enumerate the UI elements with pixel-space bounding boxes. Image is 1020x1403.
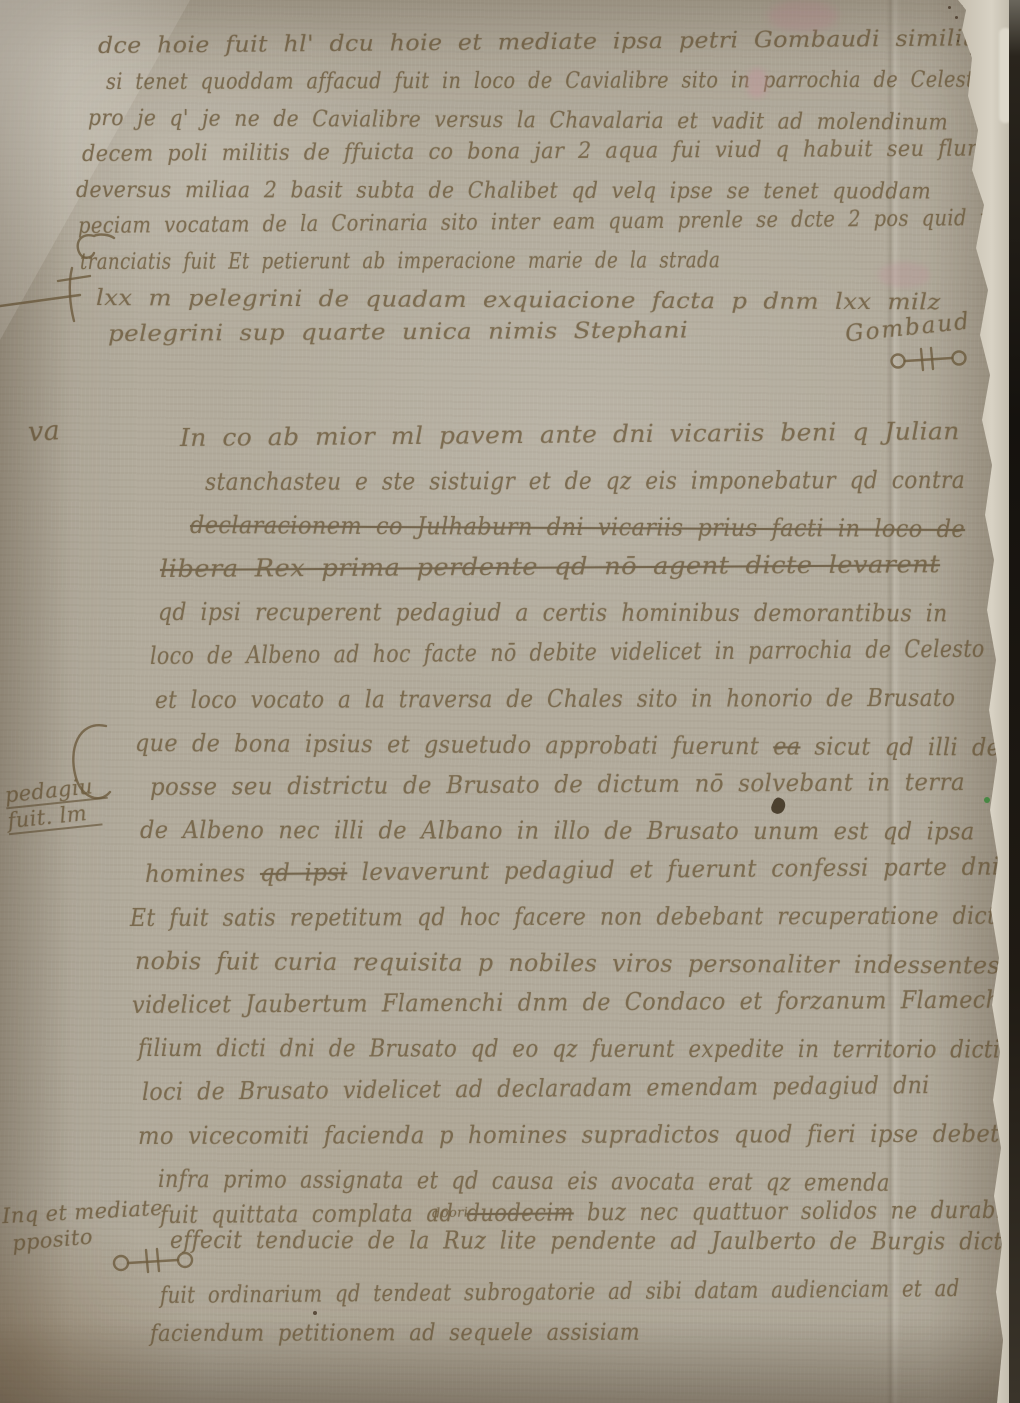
handwritten-text: mo vicecomiti facienda p homines supradi… [138,1119,1000,1149]
paragraph-2-line: videlicet Jaubertum Flamenchi dnm de Con… [132,985,1008,1018]
struck-text: libera Rex prima perdente qd nō agent di… [160,550,940,583]
handwritten-text: decem poli militis de ffuicta co bona ja… [82,136,987,167]
paragraph-2-line: nobis fuit curia requisita p nobiles vir… [135,947,1000,980]
handwritten-text: effecit tenducie de la Ruz lite pendente… [170,1226,1010,1255]
paragraph-2-line: libera Rex prima perdente qd nō agent di… [160,550,940,583]
paragraph-2-line: et loco vocato a la traversa de Chales s… [155,683,955,713]
cross-mark-icon [0,264,112,324]
paragraph-1-line: dce hoie fuit hl' dcu hoie et mediate ip… [98,26,973,59]
paragraph-2-line: loci de Brusato videlicet ad declaradam … [142,1071,930,1106]
ink-blot [769,796,787,816]
paragraph-2-line: de Albeno nec illi de Albano in illo de … [140,816,975,845]
paragraph-1-line: decem poli militis de ffuicta co bona ja… [82,136,987,167]
paragraph-2-line: qd ipsi recuperent pedagiud a certis hom… [158,598,948,627]
manuscript-sheet: dce hoie fuit hl' dcu hoie et mediate ip… [0,0,1020,1403]
handwritten-text: homines [145,859,260,888]
scan-background-edge [1009,0,1020,1403]
fly-speck [955,16,958,19]
paragraph-2-line: posse seu districtu de Brusato de dictum… [150,768,965,801]
paragraph-2-line: effecit tenducie de la Ruz lite pendente… [170,1226,1010,1255]
handwritten-text: fuit ordinarium qd tendeat subrogatorie … [160,1276,960,1309]
handwritten-text: qd ipsi recuperent pedagiud a certis hom… [158,598,948,627]
handwritten-text: posse seu districtu de Brusato de dictum… [150,768,965,801]
paragraph-3-line: faciendum petitionem ad sequele assisiam [150,1320,640,1347]
handwritten-text: levaverunt pedagiud et fuerunt confessi … [347,853,1000,887]
handwritten-text: buz nec quattuor solidos ne durabit [574,1196,1012,1227]
handwritten-text: deversus miliaa 2 basit subta de Chalibe… [76,178,931,204]
handwritten-text: fuit quittata complata ad [160,1199,467,1229]
handwritten-text: lxx m pelegrini de quadam exquiacione fa… [96,286,941,315]
handwritten-text: filium dicti dni de Brusato qd eo qz fue… [138,1034,1000,1064]
handwritten-text: nobis fuit curia requisita p nobiles vir… [135,947,1000,980]
paragraph-2-line: fuit quittata complata ad duodecim buz n… [160,1196,1012,1229]
manuscript-scan: dce hoie fuit hl' dcu hoie et mediate ip… [0,0,1020,1403]
paragraph-2-line: Et fuit satis repetitum qd hoc facere no… [130,901,1010,931]
paragraph-mark-icon [70,230,116,264]
handwritten-text: peciam vocatam de la Corinaria sito inte… [78,206,999,239]
handwritten-text: pelegrini sup quarte unica nimis Stephan… [108,318,688,347]
handwritten-text: stanchasteu e ste sistuigr et de qz eis … [205,466,965,496]
paragraph-2-line: que de bona ipsius et gsuetudo approbati… [135,729,1000,762]
paragraph-2-line: declaracionem co Julhaburn dni vicariis … [190,511,965,543]
margin-note-pedagiu: pedagiu fuit. lm [4,773,111,833]
handwritten-text: sicut qd illi de [800,733,1000,762]
paraph-knot-left-icon [112,1243,198,1279]
handwritten-text: loci de Brusato videlicet ad declaradam … [142,1071,930,1106]
handwritten-text: faciendum petitionem ad sequele assisiam [150,1320,640,1347]
margin-note-inq: Inq et mediate [1,1196,163,1228]
struck-text: qd ipsi [260,858,348,887]
handwritten-text: dce hoie fuit hl' dcu hoie et mediate ip… [98,26,973,59]
paragraph-2-line: filium dicti dni de Brusato qd eo qz fue… [138,1034,1000,1064]
handwritten-text: de Albeno nec illi de Albano in illo de … [140,816,975,845]
interlinear-note: doori [432,1205,469,1221]
fly-speck [957,40,959,42]
handwritten-text: si tenet quoddam affacud fuit in loco de… [106,68,986,95]
struck-text: declaracionem co Julhaburn dni vicariis … [190,511,965,543]
handwritten-text: videlicet Jaubertum Flamenchi dnm de Con… [132,985,1008,1018]
green-speck [984,797,990,803]
handwritten-text: infra primo assignata et qd causa eis av… [158,1165,890,1197]
handwritten-text: In co ab mior ml pavem ante dni vicariis… [180,417,960,452]
fly-speck [948,6,951,9]
handwritten-text: tranciatis fuit Et petierunt ab imperaci… [80,248,720,275]
paragraph-2-line: In co ab mior ml pavem ante dni vicariis… [180,417,960,452]
paragraph-1-line: pro je q' je ne de Cavialibre versus la … [88,106,948,136]
paragraph-2-line: homines qd ipsi levaverunt pedagiud et f… [145,853,1000,888]
paragraph-2-line: mo vicecomiti facienda p homines supradi… [138,1119,1000,1149]
paragraph-2-line: loco de Albeno ad hoc facte nō debite vi… [150,635,985,670]
margin-note-va: va [27,415,61,448]
paragraph-1-line: lxx m pelegrini de quadam exquiacione fa… [96,286,941,315]
paragraph-2-line: stanchasteu e ste sistuigr et de qz eis … [205,466,965,496]
paragraph-2-line: infra primo assignata et qd causa eis av… [158,1165,890,1197]
paragraph-1-line: deversus miliaa 2 basit subta de Chalibe… [76,178,931,204]
paragraph-1-line: peciam vocatam de la Corinaria sito inte… [78,206,999,239]
pink-smudge-signature [878,262,930,288]
struck-text: duodecim [466,1198,573,1227]
handwritten-text: pro je q' je ne de Cavialibre versus la … [88,106,948,136]
handwritten-text: que de bona ipsius et gsuetudo approbati… [135,729,773,760]
paragraph-1-line: si tenet quoddam affacud fuit in loco de… [106,68,986,95]
fly-speck [313,1311,317,1315]
handwritten-text: et loco vocato a la traversa de Chales s… [155,683,955,713]
paraph-knot-right-icon [890,342,970,376]
margin-note-pposito: pposito [11,1225,94,1256]
paragraph-1-line: pelegrini sup quarte unica nimis Stephan… [108,318,688,347]
paragraph-1-line: tranciatis fuit Et petierunt ab imperaci… [80,248,720,275]
handwritten-text: loco de Albeno ad hoc facte nō debite vi… [150,635,985,670]
paragraph-3-line: fuit ordinarium qd tendeat subrogatorie … [160,1276,960,1309]
handwritten-text: Et fuit satis repetitum qd hoc facere no… [130,901,1010,931]
struck-text: ea [773,733,800,761]
